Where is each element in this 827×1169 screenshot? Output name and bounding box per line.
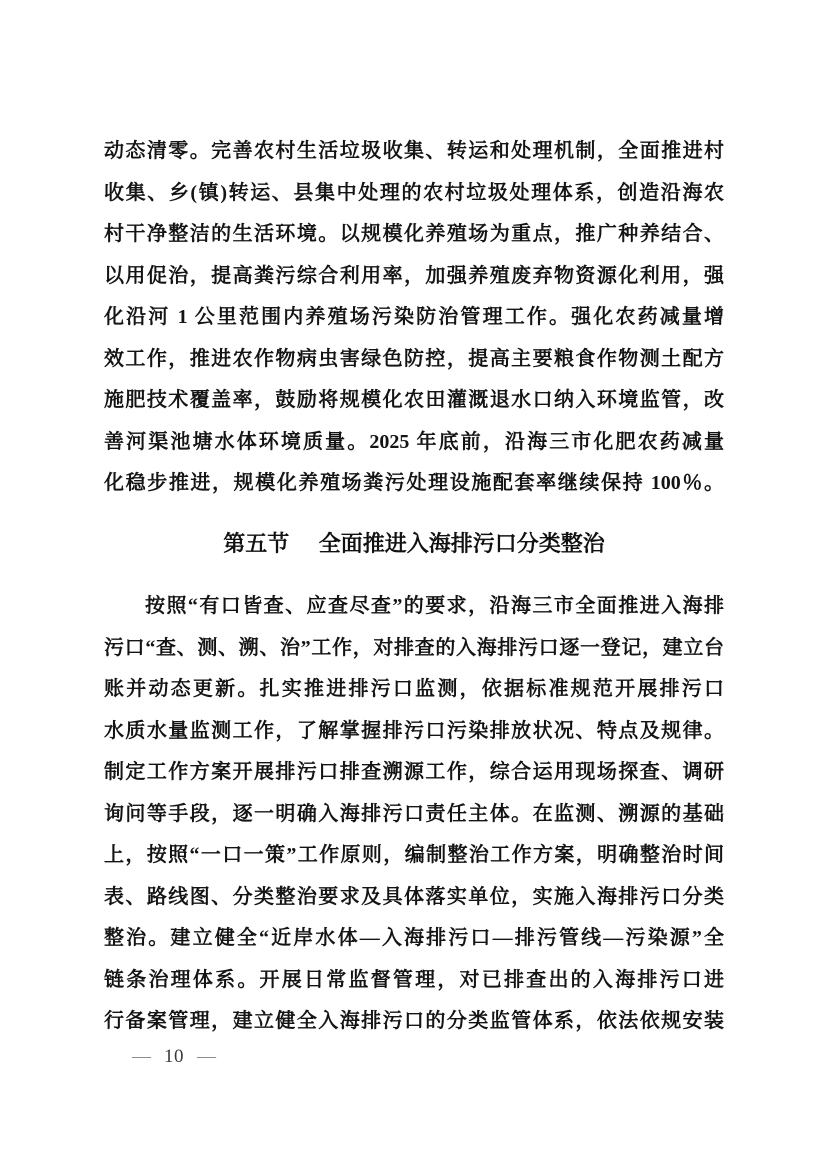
section-title: 全面推进入海排污口分类整治 <box>319 531 605 556</box>
text-line: 水质水量监测工作，了解掌握排污口污染排放状况、特点及规律。 <box>104 711 724 753</box>
text-line: 动态清零。完善农村生活垃圾收集、转运和处理机制，全面推进村 <box>104 131 724 173</box>
section-number: 第五节 <box>223 531 289 556</box>
text-line: 效工作，推进农作物病虫害绿色防控，提高主要粮食作物测土配方 <box>104 339 724 381</box>
text-line: 链条治理体系。开展日常监督管理，对已排查出的入海排污口进 <box>104 960 724 1002</box>
text-line: 污口“查、测、溯、治”工作，对排查的入海排污口逐一登记，建立台 <box>104 628 724 670</box>
text-line: 制定工作方案开展排污口排查溯源工作，综合运用现场探查、调研 <box>104 752 724 794</box>
document-page: 动态清零。完善农村生活垃圾收集、转运和处理机制，全面推进村收集、乡(镇)转运、县… <box>0 0 827 1169</box>
text-line: 上，按照“一口一策”工作原则，编制整治工作方案，明确整治时间 <box>104 835 724 877</box>
paragraph-body: 按照“有口皆查、应查尽查”的要求，沿海三市全面推进入海排污口“查、测、溯、治”工… <box>104 586 724 1043</box>
paragraph-continuation: 动态清零。完善农村生活垃圾收集、转运和处理机制，全面推进村收集、乡(镇)转运、县… <box>104 131 724 505</box>
text-line: 以用促治，提高粪污综合利用率，加强养殖废弃物资源化利用，强 <box>104 256 724 298</box>
text-line: 施肥技术覆盖率，鼓励将规模化农田灌溉退水口纳入环境监管，改 <box>104 380 724 422</box>
text-line: 账并动态更新。扎实推进排污口监测，依据标准规范开展排污口 <box>104 669 724 711</box>
text-line: 善河渠池塘水体环境质量。2025 年底前，沿海三市化肥农药减量 <box>104 422 724 464</box>
page-footer: — 10 — <box>132 1044 216 1070</box>
text-line: 整治。建立健全“近岸水体—入海排污口—排污管线—污染源”全 <box>104 918 724 960</box>
text-line: 表、路线图、分类整治要求及具体落实单位，实施入海排污口分类 <box>104 877 724 919</box>
text-line: 行备案管理，建立健全入海排污口的分类监管体系，依法依规安装 <box>104 1001 724 1043</box>
text-line: 收集、乡(镇)转运、县集中处理的农村垃圾处理体系，创造沿海农 <box>104 173 724 215</box>
text-line: 询问等手段，逐一明确入海排污口责任主体。在监测、溯源的基础 <box>104 794 724 836</box>
footer-dash-left: — <box>132 1044 151 1070</box>
text-line: 化沿河 1 公里范围内养殖场污染防治管理工作。强化农药减量增 <box>104 297 724 339</box>
text-line: 化稳步推进，规模化养殖场粪污处理设施配套率继续保持 100％。 <box>104 463 724 505</box>
text-line: 按照“有口皆查、应查尽查”的要求，沿海三市全面推进入海排 <box>104 586 724 628</box>
section-heading: 第五节 全面推进入海排污口分类整治 <box>104 522 724 566</box>
page-number: 10 <box>164 1044 184 1070</box>
footer-dash-right: — <box>197 1044 216 1070</box>
text-line: 村干净整洁的生活环境。以规模化养殖场为重点，推广种养结合、 <box>104 214 724 256</box>
